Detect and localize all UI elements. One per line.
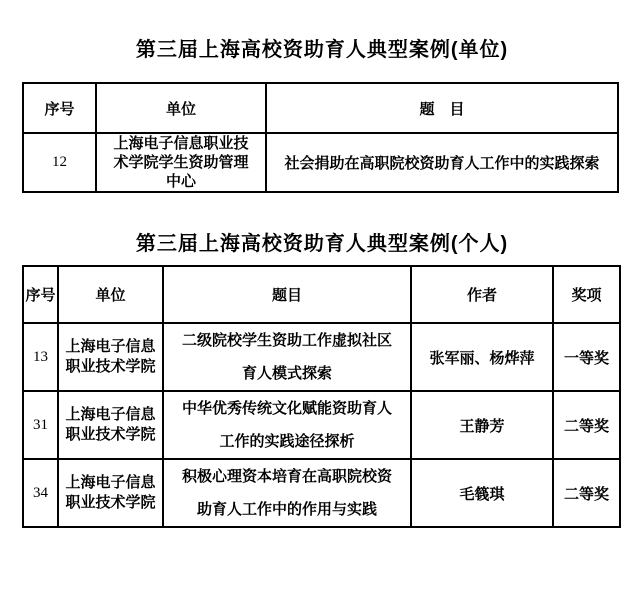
table-individual-row-31-title: 中华优秀传统文化赋能资助育人工作的实践途径探析 [163, 391, 411, 459]
table-individual-header-row: 序号 单位 题目 作者 奖项 [23, 266, 620, 323]
table-individual-row-13: 13 上海电子信息职业技术学院 二级院校学生资助工作虚拟社区育人模式探索 张军丽… [23, 323, 620, 391]
table-individual-row-34-award: 二等奖 [553, 459, 620, 527]
table-unit-row-12-title: 社会捐助在高职院校资助育人工作中的实践探索 [266, 133, 618, 192]
table-individual-row-13-no: 13 [23, 323, 58, 391]
table-individual-cases: 序号 单位 题目 作者 奖项 13 上海电子信息职业技术学院 二级院校学生资助工… [22, 265, 621, 528]
table-individual-header-unit: 单位 [58, 266, 163, 323]
table-individual-row-34-unit: 上海电子信息职业技术学院 [58, 459, 163, 527]
table-unit-header-unit: 单位 [96, 83, 266, 133]
document-page: 第三届上海高校资助育人典型案例(单位) 序号 单位 题 目 12 上海电子信息职… [0, 0, 644, 605]
title-unit-cases: 第三届上海高校资助育人典型案例(单位) [0, 0, 644, 63]
table-individual-row-31: 31 上海电子信息职业技术学院 中华优秀传统文化赋能资助育人工作的实践途径探析 … [23, 391, 620, 459]
table-individual-row-34-title: 积极心理资本培育在高职院校资助育人工作中的作用与实践 [163, 459, 411, 527]
table-individual-header-title: 题目 [163, 266, 411, 323]
table-individual-row-13-author: 张军丽、杨烨萍 [411, 323, 553, 391]
table-individual-row-13-unit: 上海电子信息职业技术学院 [58, 323, 163, 391]
title-individual-cases: 第三届上海高校资助育人典型案例(个人) [0, 231, 644, 257]
table-individual-header-award: 奖项 [553, 266, 620, 323]
table-individual-row-34-no: 34 [23, 459, 58, 527]
table-unit-row-12-unit: 上海电子信息职业技术学院学生资助管理中心 [96, 133, 266, 192]
table-individual-row-31-unit: 上海电子信息职业技术学院 [58, 391, 163, 459]
table-unit-row-12: 12 上海电子信息职业技术学院学生资助管理中心 社会捐助在高职院校资助育人工作中… [23, 133, 618, 192]
table-individual-row-31-award: 二等奖 [553, 391, 620, 459]
table-individual-header-no: 序号 [23, 266, 58, 323]
table-unit-header-no: 序号 [23, 83, 96, 133]
table-individual-row-34-author: 毛篯琪 [411, 459, 553, 527]
table-individual-row-34: 34 上海电子信息职业技术学院 积极心理资本培育在高职院校资助育人工作中的作用与… [23, 459, 620, 527]
table-individual-header-author: 作者 [411, 266, 553, 323]
table-unit-header-row: 序号 单位 题 目 [23, 83, 618, 133]
table-individual-row-31-no: 31 [23, 391, 58, 459]
table-unit-cases: 序号 单位 题 目 12 上海电子信息职业技术学院学生资助管理中心 社会捐助在高… [22, 82, 619, 193]
table-unit-header-title: 题 目 [266, 83, 618, 133]
table-unit-row-12-no: 12 [23, 133, 96, 192]
table-individual-row-13-title: 二级院校学生资助工作虚拟社区育人模式探索 [163, 323, 411, 391]
table-individual-row-31-author: 王静芳 [411, 391, 553, 459]
table-individual-row-13-award: 一等奖 [553, 323, 620, 391]
